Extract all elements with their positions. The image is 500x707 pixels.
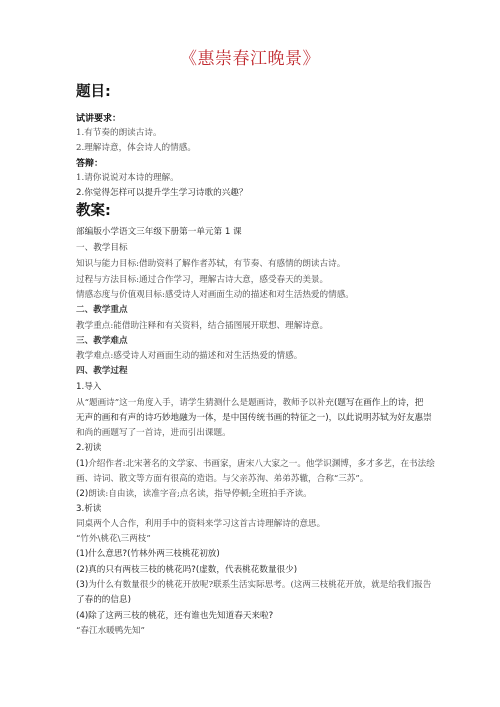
- first-read-item: (1)介绍作者:北宋著名的文学家、书画家，唐宋八大家之一。他学识渊博，多才多艺，…: [76, 457, 435, 469]
- defense-label: 答辩：: [76, 156, 103, 169]
- item-text: 介绍作者:北宋著名的文学家、书画家，唐宋八大家之一。他学识渊博，多才多艺，在书法…: [88, 459, 435, 469]
- analysis-question-continued: 了春的的信息): [76, 593, 131, 605]
- document-title: 《惠崇春江晚景》: [0, 44, 500, 69]
- intro-text-serif: 从“题画诗”这一角度入手，请学生猜测什么是题画诗，教师予以补充: [76, 398, 334, 408]
- key-points-text: 教学重点:能借助注释和有关资料，结合插图展开联想、理解诗意。: [76, 319, 328, 331]
- item-number: (2): [76, 489, 88, 499]
- defense-item: 1.请你说说对本诗的理解。: [76, 171, 179, 183]
- intro-heading: 1.导入: [76, 380, 101, 392]
- process-heading: 四、教学过程: [76, 364, 128, 376]
- first-read-heading: 2.初读: [76, 441, 101, 453]
- section-heading-plan: 教案:: [76, 199, 111, 220]
- first-read-item: (2)朗读:自由读，读准字音;点名读，指导停顿;全班拍手齐读。: [76, 487, 312, 499]
- intro-text-sans: (题写在画作上的诗，把: [334, 398, 423, 408]
- item-number: (1): [76, 459, 88, 469]
- document-page: 《惠崇春江晚景》 题目: 试讲要求： 1.有节奏的朗读古诗。 2.理解诗意，体会…: [0, 0, 500, 707]
- intro-paragraph-line: 从“题画诗”这一角度入手，请学生猜测什么是题画诗，教师予以补充(题写在画作上的诗…: [76, 396, 423, 408]
- analysis-intro: 同桌两个人合作，利用手中的资料来学习这首古诗理解诗的意思。: [76, 517, 325, 529]
- defense-item: 2.你觉得怎样可以提升学生学习诗歌的兴趣？: [76, 186, 247, 198]
- analysis-question: (2)真的只有两枝三枝的桃花吗?(虚数，代表桃花数量很少): [76, 563, 297, 575]
- analysis-question: (1)什么意思?(竹林外两三枝桃花初放): [76, 547, 220, 559]
- analysis-question: (3)为什么有数量很少的桃花开放呢?联系生活实际思考。(这两三枝桃花开放，就是给…: [76, 578, 431, 590]
- poem-quote: “春江水暖鸭先知”: [76, 624, 145, 636]
- goal-item: 知识与能力目标:借助资料了解作者苏轼，有节奏、有感情的朗读古诗。: [76, 257, 345, 269]
- goal-item: 情感态度与价值观目标:感受诗人对画面生动的描述和对生活热爱的情感。: [76, 288, 354, 300]
- first-read-item-continued: 画、诗词、散文等方面有很高的造诣。与父亲苏洵、弟弟苏辙，合称“三苏”。: [76, 472, 368, 484]
- intro-paragraph-line: 和尚的画题写了一首诗，进而引出课题。: [76, 426, 231, 438]
- item-text: 为什么有数量很少的桃花开放呢?联系生活实际思考。(这两三枝桃花开放，就是给我们报…: [88, 580, 431, 590]
- difficulties-text: 教学难点:感受诗人对画面生动的描述和对生活热爱的情感。: [76, 349, 302, 361]
- analysis-question: (4)除了这两三枝的桃花，还有谁也先知道春天来啦?: [76, 609, 273, 621]
- item-text: 朗读:自由读，读准字音;点名读，指导停顿;全班拍手齐读。: [88, 489, 312, 499]
- poem-quote: “竹外\桃花\三两枝”: [76, 532, 151, 544]
- course-info: 部编版小学语文三年级下册第一单元第 1 课: [76, 225, 242, 237]
- difficulties-heading: 三、教学难点: [76, 334, 128, 346]
- trial-requirements-label: 试讲要求：: [76, 111, 121, 124]
- analysis-heading: 3.析读: [76, 502, 101, 514]
- section-heading-topic: 题目:: [76, 80, 111, 101]
- key-points-heading: 二、教学重点: [76, 303, 128, 315]
- intro-paragraph-line: 无声的画和有声的诗巧妙地融为一体，是中国传统书画的特征之一)，以此说明苏轼为好友…: [76, 411, 432, 423]
- goal-item: 过程与方法目标:通过合作学习，理解古诗大意，感受春天的美景。: [76, 273, 328, 285]
- requirement-item: 1.有节奏的朗读古诗。: [76, 126, 162, 138]
- item-number: (3): [76, 580, 88, 590]
- requirement-item: 2.理解诗意，体会诗人的情感。: [76, 141, 196, 153]
- goals-heading: 一、教学目标: [76, 241, 128, 253]
